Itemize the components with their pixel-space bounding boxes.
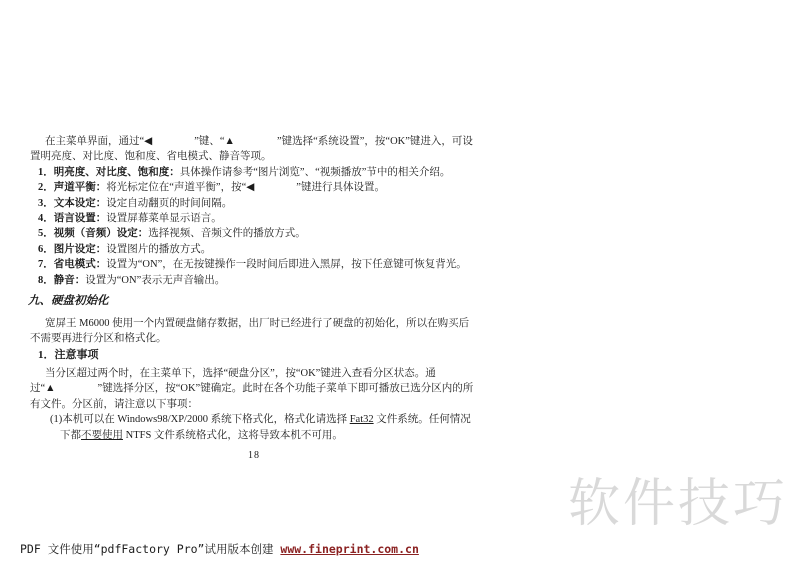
list-item-label: 2．声道平衡：: [38, 182, 106, 193]
list-item: 5．视频（音频）设定：选择视频、音频文件的播放方式。: [38, 226, 478, 241]
list-item-text: 设定自动翻页的时间间隔。: [106, 198, 232, 209]
list-item-text: 设置屏幕菜单显示语言。: [106, 213, 222, 224]
footer-text: PDF 文件使用“pdfFactory Pro”试用版本创建: [20, 542, 280, 556]
intro-paragraph: 在主菜单界面，通过“◀ ”键、“▲ ”键选择“系统设置”，按“OK”键进入，可设…: [30, 134, 478, 165]
list-item-label: 7．省电模式：: [38, 259, 106, 270]
list-item: 6．图片设定：设置图片的播放方式。: [38, 242, 478, 257]
list-item: 2．声道平衡：将光标定位在“声道平衡”，按“◀ ”键进行具体设置。: [38, 180, 478, 195]
note-underline-warning: 不要使用: [81, 430, 123, 441]
note-text: (1)本机可以在 Windows98/XP/2000 系统下格式化，格式化请选择: [50, 414, 350, 425]
list-item: 3．文本设定：设定自动翻页的时间间隔。: [38, 196, 478, 211]
list-item-text: 设置为“ON”，在无按键操作一段时间后即进入黑屏，按下任意键可恢复背光。: [106, 259, 467, 270]
note-item: (1)本机可以在 Windows98/XP/2000 系统下格式化，格式化请选择…: [30, 412, 478, 443]
watermark-text: 软件技巧: [568, 476, 788, 533]
list-item: 8．静音：设置为“ON”表示无声音输出。: [38, 273, 478, 288]
list-item-label: 3．文本设定：: [38, 198, 106, 209]
list-item-text: 具体操作请参考“图片浏览”、“视频播放”节中的相关介绍。: [180, 167, 451, 178]
list-item-label: 8．静音：: [38, 275, 85, 286]
pdf-trial-footer: PDF 文件使用“pdfFactory Pro”试用版本创建 www.finep…: [20, 541, 419, 557]
list-item: 4．语言设置：设置屏幕菜单显示语言。: [38, 211, 478, 226]
list-item: 1．明亮度、对比度、饱和度：具体操作请参考“图片浏览”、“视频播放”节中的相关介…: [38, 165, 478, 180]
list-item-label: 4．语言设置：: [38, 213, 106, 224]
section-heading: 九、硬盘初始化: [28, 292, 478, 310]
list-item-text: 选择视频、音频文件的播放方式。: [148, 228, 306, 239]
section-paragraph: 宽屏王 M6000 使用一个内置硬盘储存数据，出厂时已经进行了硬盘的初始化，所以…: [30, 316, 478, 347]
list-item-text: 设置为“ON”表示无声音输出。: [85, 275, 225, 286]
list-item-label: 5．视频（音频）设定：: [38, 228, 148, 239]
note-text: NTFS 文件系统格式化，这将导致本机不可用。: [123, 430, 343, 441]
sub-heading: 1．注意事项: [38, 347, 478, 364]
page-number: 18: [30, 448, 478, 463]
list-item-text: 将光标定位在“声道平衡”，按“◀ ”键进行具体设置。: [106, 182, 385, 193]
list-item: 7．省电模式：设置为“ON”，在无按键操作一段时间后即进入黑屏，按下任意键可恢复…: [38, 257, 478, 272]
document-content: 在主菜单界面，通过“◀ ”键、“▲ ”键选择“系统设置”，按“OK”键进入，可设…: [30, 134, 478, 463]
pdf-page: 在主菜单界面，通过“◀ ”键、“▲ ”键选择“系统设置”，按“OK”键进入，可设…: [0, 0, 800, 566]
list-item-text: 设置图片的播放方式。: [106, 244, 211, 255]
fineprint-link[interactable]: www.fineprint.com.cn: [280, 542, 418, 556]
notes-paragraph: 当分区超过两个时，在主菜单下，选择“硬盘分区”，按“OK”键进入查看分区状态。通…: [30, 366, 478, 412]
list-item-label: 1．明亮度、对比度、饱和度：: [38, 167, 180, 178]
list-item-label: 6．图片设定：: [38, 244, 106, 255]
note-underline-fat32: Fat32: [350, 414, 374, 425]
